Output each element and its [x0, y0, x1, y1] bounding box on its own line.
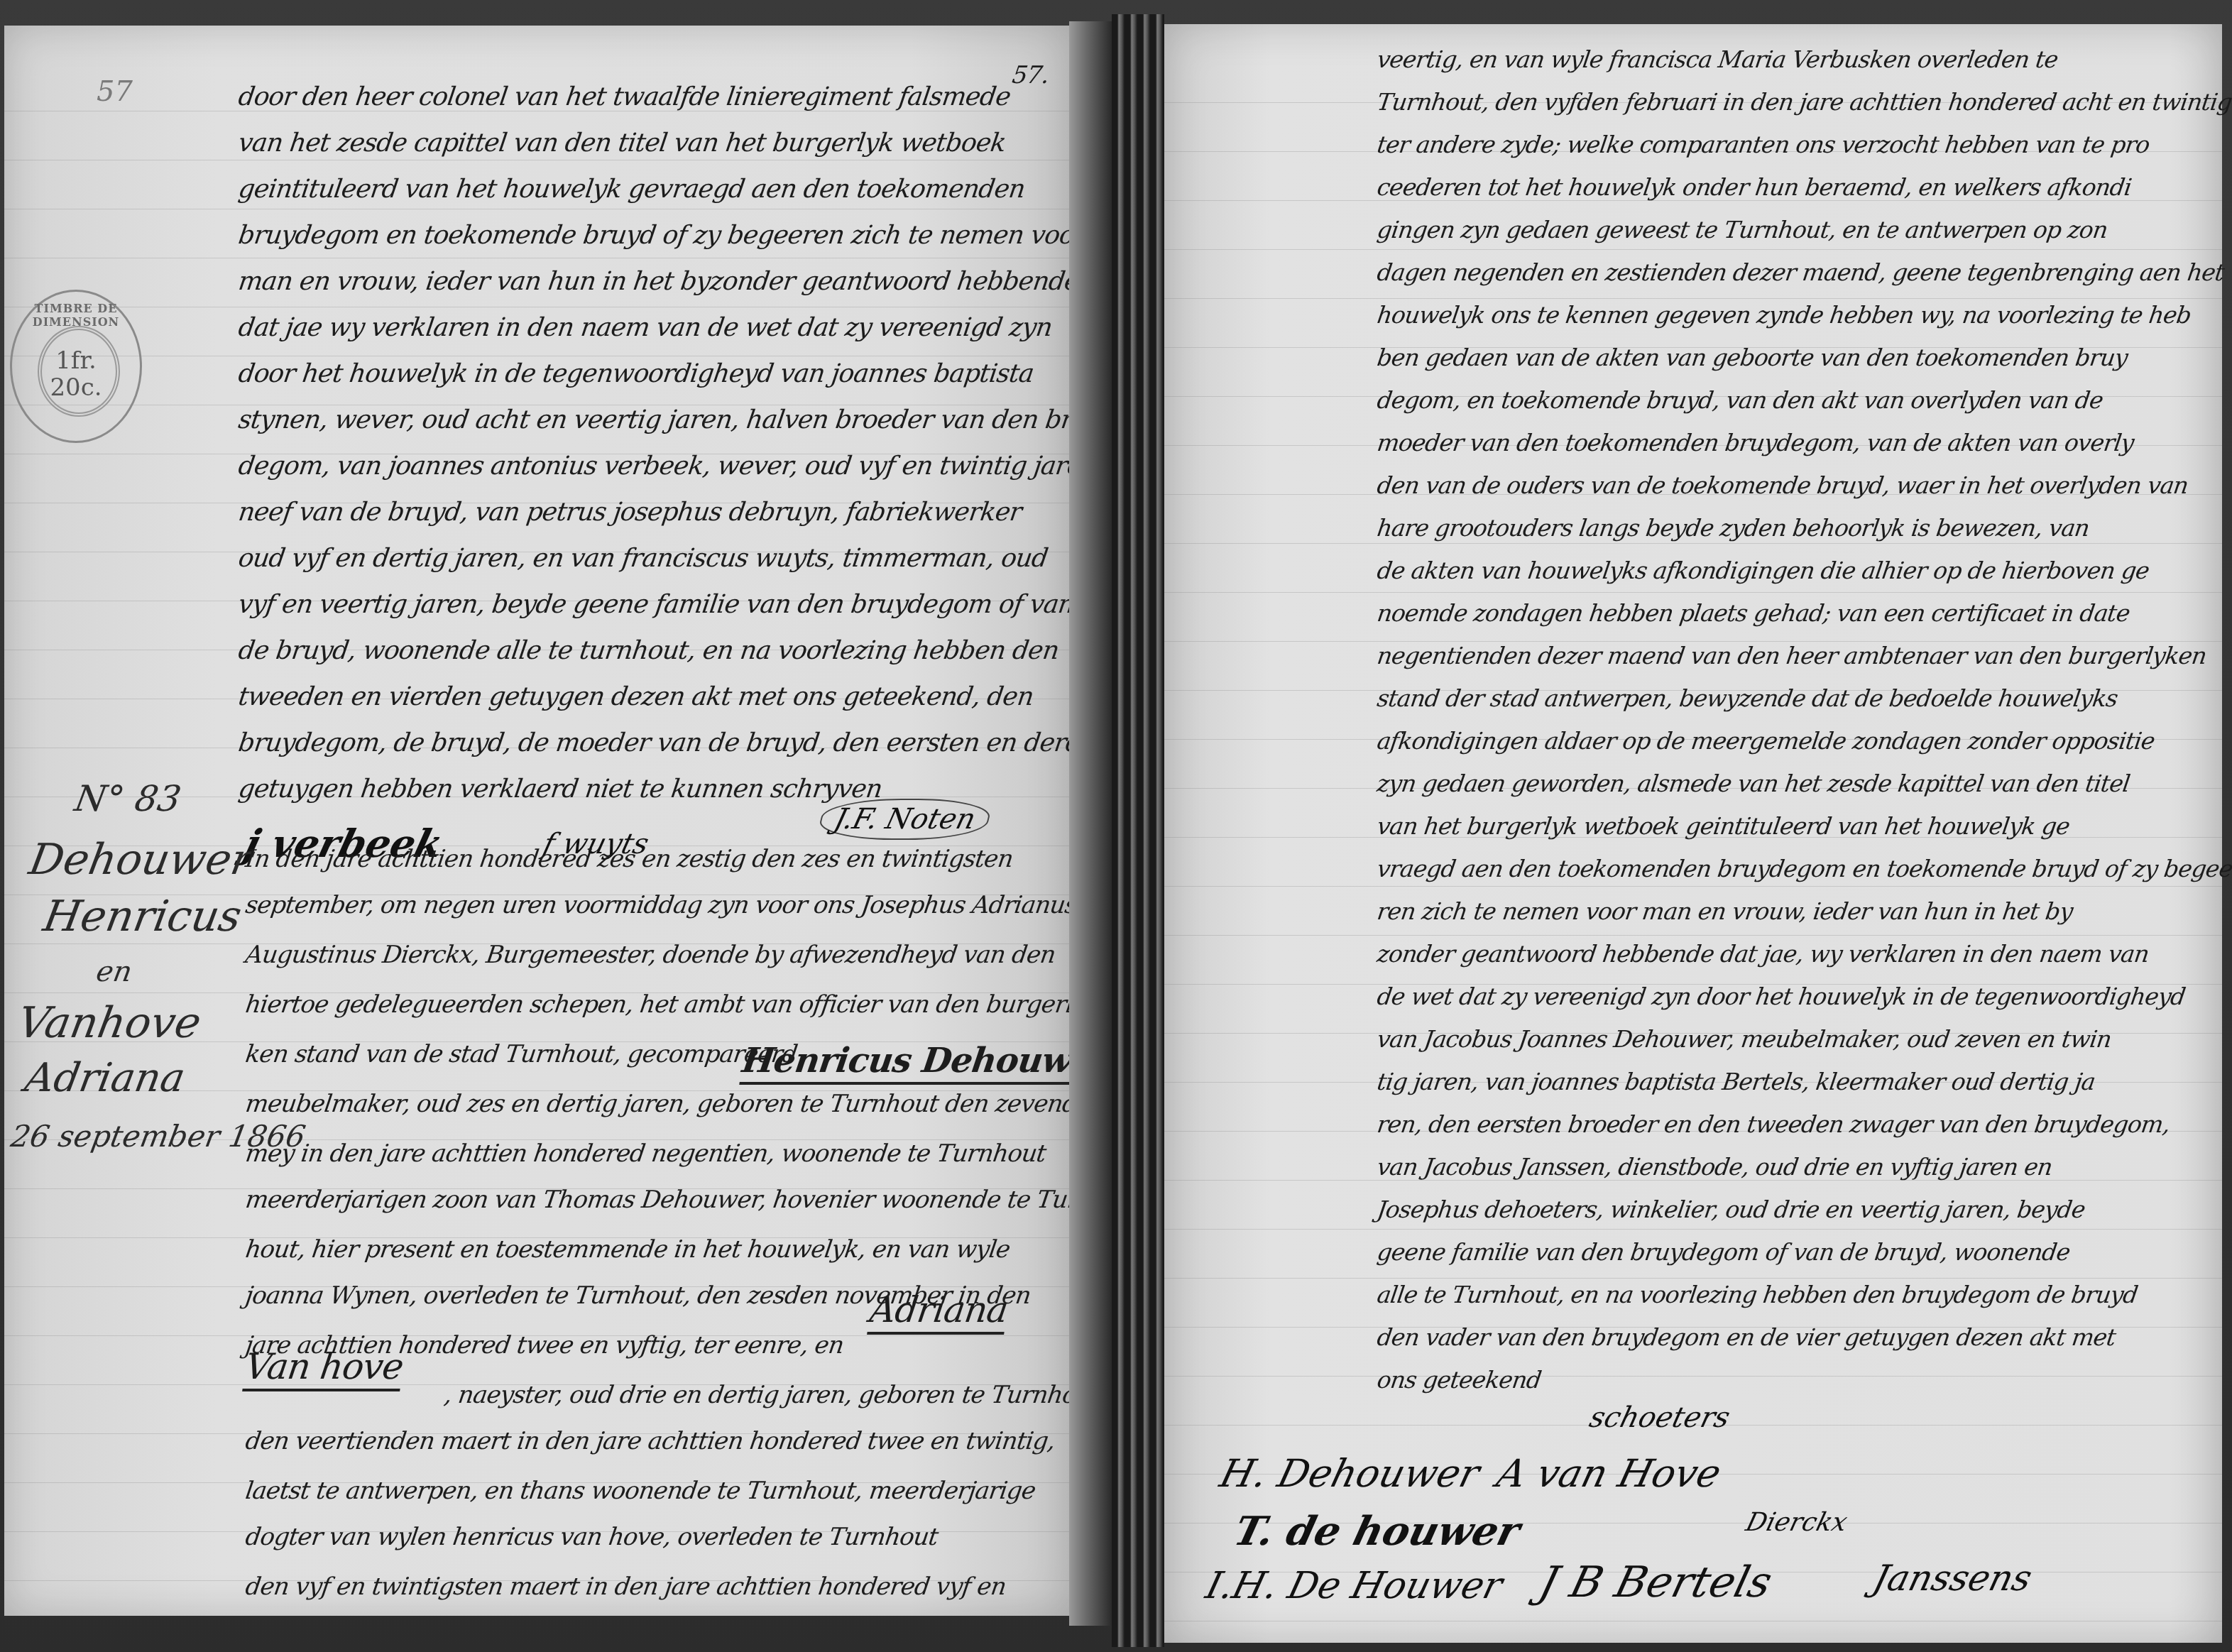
handwritten-line: gingen zyn gedaen geweest te Turnhout, e…	[1375, 216, 2109, 244]
ruled-line	[4, 160, 1069, 160]
stamp-value-francs: 1fr.	[12, 347, 140, 374]
handwritten-line: getuygen hebben verklaerd niet te kunnen…	[236, 775, 884, 804]
handwritten-line: stand der stad antwerpen, bewyzende dat …	[1375, 684, 2119, 712]
handwritten-line: door den heer colonel van het twaalfde l…	[236, 82, 1012, 111]
bride-surname: Vanhove	[14, 998, 205, 1048]
handwritten-line: Augustinus Dierckx, Burgemeester, doende…	[244, 941, 1057, 969]
handwritten-line: ken stand van de stad Turnhout, gecompar…	[244, 1040, 799, 1068]
handwritten-line: van Jacobus Janssen, dienstbode, oud dri…	[1375, 1153, 2054, 1181]
handwritten-line: degom, van joannes antonius verbeek, wev…	[236, 452, 1107, 481]
handwritten-line: meubelmaker, oud zes en dertig jaren, ge…	[244, 1090, 1107, 1118]
handwritten-line: september, om negen uren voormiddag zyn …	[244, 891, 1078, 919]
groom-surname: Dehouwer	[26, 835, 256, 885]
handwritten-line: ter andere zyde; welke comparanten ons v…	[1375, 131, 2151, 158]
bride-firstname-inline: Adriana	[868, 1289, 1010, 1330]
revenue-stamp: TIMBRE DE DIMENSION 1fr. 20c.	[10, 290, 142, 443]
handwritten-line: bruydegom en toekomende bruyd of zy bege…	[236, 221, 1088, 250]
book-gutter	[1112, 14, 1164, 1647]
groom-firstname: Henricus	[40, 892, 246, 941]
handwritten-line: veertig, en van wyle francisca Maria Ver…	[1375, 45, 2059, 73]
bride-surname-inline: Van hove	[243, 1346, 406, 1387]
handwritten-line: de akten van houwelyks afkondigingen die…	[1375, 557, 2151, 584]
signature-father: T. de houwer	[1230, 1508, 1525, 1555]
handwritten-line: mey in den jare achttien hondered negent…	[244, 1139, 1047, 1168]
handwritten-line: zyn gedaen geworden, alsmede van het zes…	[1375, 770, 2131, 797]
handwritten-line: hiertoe gedelegueerden schepen, het ambt…	[244, 990, 1088, 1019]
folio-ink: 57.	[1010, 61, 1051, 89]
handwritten-line: degom, en toekomende bruyd, van den akt …	[1375, 386, 2104, 414]
ruled-line	[1164, 249, 2222, 250]
handwritten-line: ben gedaen van de akten van geboorte van…	[1375, 344, 2129, 371]
ruled-line	[1164, 1376, 2222, 1377]
handwritten-line: tweeden en vierden getuygen dezen akt me…	[236, 682, 1035, 711]
handwritten-line: de bruyd, woonende alle te turnhout, en …	[236, 636, 1061, 665]
handwritten-line: afkondigingen aldaer op de meergemelde z…	[1375, 727, 2156, 755]
folio-pencil: 57	[97, 75, 133, 108]
handwritten-line: dogter van wylen henricus van hove, over…	[244, 1523, 939, 1551]
ruled-line	[1164, 1621, 2222, 1621]
left-page: 57 57. TIMBRE DE DIMENSION 1fr. 20c. doo…	[4, 26, 1069, 1616]
ruled-line	[4, 356, 1069, 356]
bride-firstname: Adriana	[21, 1055, 188, 1101]
handwritten-line: , naeyster, oud drie en dertig jaren, ge…	[442, 1381, 1102, 1409]
handwritten-line: van het burgerlyk wetboek geintituleerd …	[1375, 812, 2071, 840]
handwritten-line: door het houwelyk in de tegenwoordigheyd…	[236, 359, 1035, 388]
stamp-value-centimes: 20c.	[12, 374, 140, 401]
handwritten-line: dat jae wy verklaren in den naem van de …	[236, 313, 1054, 342]
handwritten-line: moeder van den toekomenden bruydegom, va…	[1375, 429, 2135, 456]
handwritten-line: laetst te antwerpen, en thans woonende t…	[244, 1477, 1037, 1505]
handwritten-line: zonder geantwoord hebbende dat jae, wy v…	[1375, 940, 2150, 968]
conjunction: en	[94, 956, 135, 988]
signature-groom: H. Dehouwer	[1215, 1451, 1484, 1496]
handwritten-line: de wet dat zy vereenigd zyn door het hou…	[1375, 983, 2187, 1010]
handwritten-line: van Jacobus Joannes Dehouwer, meubelmake…	[1375, 1025, 2113, 1053]
handwritten-line: den veertienden maert in den jare achtti…	[244, 1427, 1056, 1455]
handwritten-line: oud vyf en dertig jaren, en van francisc…	[236, 544, 1049, 573]
handwritten-line: man en vrouw, ieder van hun in het byzon…	[236, 267, 1081, 296]
stamp-ring-text: TIMBRE DE DIMENSION	[12, 302, 140, 329]
handwritten-line: ons geteekend	[1375, 1366, 1543, 1394]
groom-name-inline: Henricus Dehouwer	[740, 1041, 1112, 1081]
handwritten-line: den van de ouders van de toekomende bruy…	[1375, 471, 2189, 499]
ruled-line	[1164, 543, 2222, 544]
ruled-line	[1164, 1278, 2222, 1279]
signature-schoeters: schoeters	[1586, 1401, 1733, 1434]
ruled-line	[4, 307, 1069, 307]
signature-witness-dehouwer: I.H. De Houwer	[1202, 1565, 1507, 1607]
act-number: N° 83	[72, 778, 185, 819]
handwritten-line: In den jare achttien hondered zes en zes…	[244, 845, 1014, 873]
handwritten-line: ceederen tot het houwelyk onder hun bera…	[1375, 173, 2133, 201]
handwritten-line: ren zich te nemen voor man en vrouw, ied…	[1375, 897, 2074, 925]
handwritten-line: stynen, wever, oud acht en veertig jaren…	[236, 405, 1104, 434]
handwritten-line: den vyf en twintigsten maert in den jare…	[244, 1572, 1007, 1601]
handwritten-line: houwelyk ons te kennen gegeven zynde heb…	[1375, 301, 2193, 329]
ruled-line	[4, 258, 1069, 258]
signature-noten: J.F. Noten	[816, 803, 993, 836]
handwritten-line: dagen negenden en zestienden dezer maend…	[1375, 258, 2226, 286]
handwritten-line: den vader van den bruydegom en de vier g…	[1375, 1323, 2117, 1351]
ruled-line	[1164, 886, 2222, 887]
handwritten-line: alle te Turnhout, en na voorlezing hebbe…	[1375, 1281, 2139, 1308]
signature-bride: A van Hove	[1492, 1451, 1726, 1496]
handwritten-line: hare grootouders langs beyde zyden behoo…	[1375, 514, 2091, 542]
handwritten-line: Turnhout, den vyfden februari in den jar…	[1375, 88, 2232, 116]
handwritten-line: vyf en veertig jaren, beyde geene famili…	[236, 590, 1076, 619]
handwritten-line: tig jaren, van joannes baptista Bertels,…	[1375, 1068, 2096, 1095]
ruled-line	[4, 209, 1069, 209]
handwritten-line: negentienden dezer maend van den heer am…	[1375, 642, 2208, 669]
ruled-line	[1164, 298, 2222, 299]
handwritten-line: hout, hier present en toestemmende in he…	[244, 1235, 1012, 1264]
signature-official: Dierckx	[1743, 1508, 1850, 1537]
handwritten-line: ren, den eersten broeder en den tweeden …	[1375, 1110, 2171, 1138]
handwritten-line: noemde zondagen hebben plaets gehad; van…	[1375, 599, 2131, 627]
signature-witness-bertels: J B Bertels	[1534, 1558, 1777, 1607]
ruled-line	[1164, 1229, 2222, 1230]
handwritten-line: vraegd aen den toekomenden bruydegom en …	[1375, 855, 2232, 882]
handwritten-line: geintituleerd van het houwelyk gevraegd …	[236, 175, 1027, 204]
handwritten-line: van het zesde capittel van den titel van…	[236, 128, 1007, 158]
right-page: veertig, en van wyle francisca Maria Ver…	[1164, 24, 2222, 1643]
ruled-line	[1164, 592, 2222, 593]
handwritten-line: meerderjarigen zoon van Thomas Dehouwer,…	[244, 1186, 1095, 1214]
left-page-edge	[1069, 21, 1112, 1626]
handwritten-line: neef van de bruyd, van petrus josephus d…	[236, 498, 1023, 527]
handwritten-line: geene familie van den bruydegom of van d…	[1375, 1238, 2072, 1266]
ruled-line	[1164, 935, 2222, 936]
handwritten-line: Josephus dehoeters, winkelier, oud drie …	[1375, 1196, 2086, 1223]
signature-witness-janssens: Janssens	[1869, 1558, 2036, 1599]
handwritten-line: bruydegom, de bruyd, de moeder van de br…	[236, 728, 1114, 757]
